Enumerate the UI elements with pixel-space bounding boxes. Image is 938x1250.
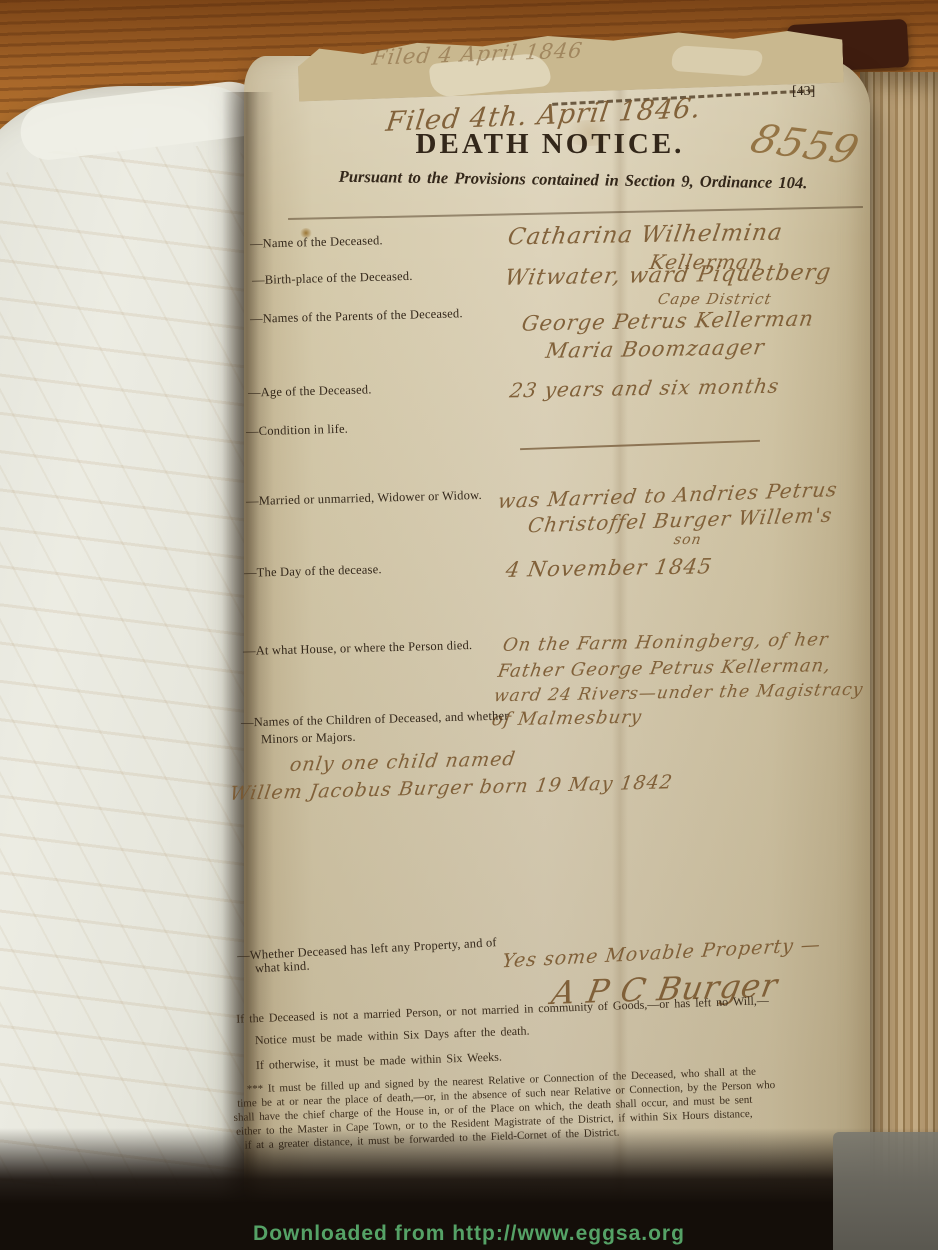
photograph-of-death-notice: Filed 4 April 1846 Filed 4th. April 1846…: [0, 0, 938, 1250]
answer-married-line3: son: [673, 532, 703, 548]
field-label-property-line2: what kind.: [255, 959, 310, 977]
answer-day-of-decease: 4 November 1845: [504, 554, 714, 582]
answer-age: 23 years and six months: [508, 374, 781, 403]
answer-place-line4: of Malmesbury: [490, 707, 643, 731]
page-stack-edges: [860, 72, 938, 1192]
field-label-children-line2: Minors or Majors.: [261, 730, 356, 747]
field-label-condition: —Condition in life.: [246, 422, 348, 440]
answer-birthplace-line2: Cape District: [656, 290, 773, 308]
answer-name-line1: Catharina Wilhelmina: [506, 220, 785, 251]
answer-parents-line2: Maria Boomzaager: [544, 335, 766, 363]
death-notice-title: DEATH NOTICE.: [380, 128, 720, 161]
page-number: [43]: [792, 84, 815, 100]
watermark-text: Downloaded from http://www.eggsa.org: [0, 1222, 938, 1246]
